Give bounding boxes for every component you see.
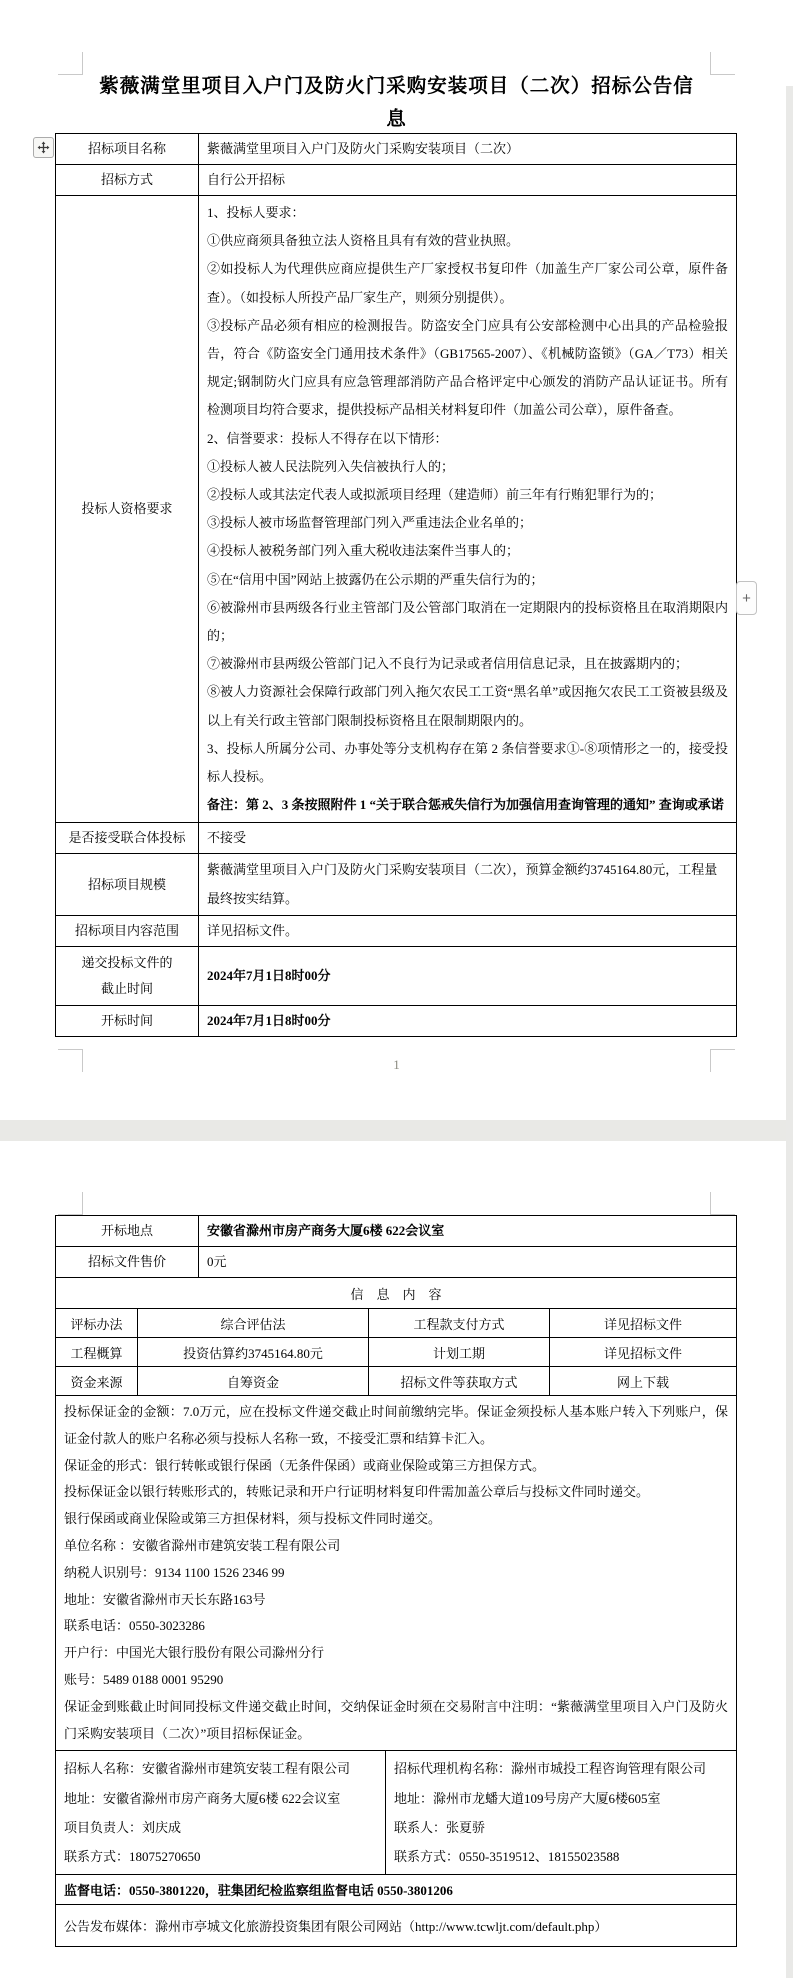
grid-cell: 招标文件等获取方式 [368,1367,549,1395]
vertical-scrollbar[interactable] [786,86,793,1978]
table-row-contacts: 招标人名称：安徽省滁州市建筑安装工程有限公司 地址：安徽省滁州市房产商务大厦6楼… [56,1750,736,1874]
row-value: 自行公开招标 [198,165,736,195]
deposit-paragraph: 保证金到账截止时间同投标文件递交截止时间，交纳保证金时须在交易附言中注明：“紫薇… [64,1694,728,1748]
grid-cell: 资金来源 [56,1367,137,1395]
bidder-contact-cell: 招标人名称：安徽省滁州市建筑安装工程有限公司 地址：安徽省滁州市房产商务大厦6楼… [56,1751,385,1874]
row-label: 投标人资格要求 [56,196,198,822]
crop-mark [58,1049,82,1050]
row-label: 开标地点 [56,1216,198,1246]
add-row-button[interactable]: + [736,581,757,615]
table-move-handle[interactable] [33,137,54,158]
qualification-paragraph: ①投标人被人民法院列入失信被执行人的； [207,453,728,481]
qualification-paragraph: ④投标人被税务部门列入重大税收违法案件当事人的； [207,537,728,565]
row-value: 紫薇满堂里项目入户门及防火门采购安装项目（二次），预算金额约3745164.80… [198,854,736,914]
grid-cell: 投资估算约3745164.80元 [137,1338,368,1366]
row-label: 招标文件售价 [56,1247,198,1277]
qualification-paragraph: ①供应商须具备独立法人资格且具有有效的营业执照。 [207,227,728,255]
row-value-qualification: 1、投标人要求： ①供应商须具备独立法人资格且具有有效的营业执照。 ②如投标人为… [198,196,736,822]
deposit-paragraph: 投标保证金以银行转账形式的，转账记录和开户行证明材料复印件需加盖公章后与投标文件… [64,1479,728,1506]
agency-phone: 联系方式：0550-3519512、18155023588 [394,1842,728,1871]
qualification-paragraph: 2、信誉要求：投标人不得存在以下情形： [207,425,728,453]
crop-mark [710,1192,711,1215]
deposit-paragraph: 开户行：中国光大银行股份有限公司滁州分行 [64,1640,728,1667]
grid-cell: 工程款支付方式 [368,1309,549,1337]
table-row-method: 招标方式 自行公开招标 [56,164,736,195]
deposit-paragraph: 银行保函或商业保险或第三方担保材料，须与投标文件同时递交。 [64,1506,728,1533]
row-value: 安徽省滁州市房产商务大厦6楼 622会议室 [198,1216,736,1246]
bidder-phone: 联系方式：18075270650 [64,1842,377,1871]
document-title: 紫薇满堂里项目入户门及防火门采购安装项目（二次）招标公告信 息 [60,70,733,136]
table-row-consortium: 是否接受联合体投标 不接受 [56,822,736,853]
grid-cell: 计划工期 [368,1338,549,1366]
agency-contact: 联系人：张夏骄 [394,1813,728,1842]
document-title-line1: 紫薇满堂里项目入户门及防火门采购安装项目（二次）招标公告信 [60,70,733,103]
table-row-funding: 资金来源 自筹资金 招标文件等获取方式 网上下载 [56,1366,736,1395]
table-row-qualification: 投标人资格要求 1、投标人要求： ①供应商须具备独立法人资格且具有有效的营业执照… [56,195,736,822]
row-label: 是否接受联合体投标 [56,823,198,853]
row-label: 招标项目规模 [56,854,198,914]
grid-cell: 自筹资金 [137,1367,368,1395]
table-row-deadline: 递交投标文件的 截止时间 2024年7月1日8时00分 [56,946,736,1005]
deposit-paragraph: 保证金的形式：银行转帐或银行保函（无条件保函）或商业保险或第三方担保方式。 [64,1453,728,1480]
row-label-line1: 递交投标文件的 [81,950,172,976]
qualification-paragraph: ⑥被滁州市县两级各行业主管部门及公管部门取消在一定期限内的投标资格且在取消期限内… [207,594,728,650]
crop-mark [82,1192,83,1215]
qualification-paragraph: ③投标产品必须有相应的检测报告。防盗安全门应具有公安部检测中心出具的产品检验报告… [207,312,728,425]
qualification-paragraph: ②投标人或其法定代表人或拟派项目经理（建造师）前三年有行贿犯罪行为的； [207,481,728,509]
row-label: 递交投标文件的 截止时间 [56,947,198,1005]
table-row-scale: 招标项目规模 紫薇满堂里项目入户门及防火门采购安装项目（二次），预算金额约374… [56,853,736,914]
qualification-paragraph: 1、投标人要求： [207,199,728,227]
deposit-paragraph: 投标保证金的金额：7.0万元，应在投标文件递交截止时间前缴纳完毕。保证金须投标人… [64,1399,728,1453]
row-label: 招标项目内容范围 [56,916,198,946]
row-value: 0元 [198,1247,736,1277]
bidder-manager: 项目负责人：刘庆成 [64,1813,377,1842]
grid-cell: 评标办法 [56,1309,137,1337]
grid-cell: 工程概算 [56,1338,137,1366]
crop-mark [711,1049,735,1050]
tender-info-table-page1: 招标项目名称 紫薇满堂里项目入户门及防火门采购安装项目（二次） 招标方式 自行公… [55,133,737,1037]
deposit-paragraph: 地址：安徽省滁州市天长东路163号 [64,1587,728,1614]
bidder-address: 地址：安徽省滁州市房产商务大厦6楼 622会议室 [64,1784,377,1813]
row-value: 2024年7月1日8时00分 [198,1006,736,1036]
row-value: 不接受 [198,823,736,853]
table-row-opening-place: 开标地点 安徽省滁州市房产商务大厦6楼 622会议室 [56,1216,736,1246]
table-row-media: 公告发布媒体：滁州市亭城文化旅游投资集团有限公司网站（http://www.tc… [56,1904,736,1946]
row-label-line2: 截止时间 [101,976,153,1002]
grid-cell: 网上下载 [549,1367,736,1395]
qualification-paragraph: ⑦被滁州市县两级公管部门记入不良行为记录或者信用信息记录，且在披露期内的； [207,650,728,678]
qualification-paragraph: ⑧被人力资源社会保障行政部门列入拖欠农民工工资“黑名单”或因拖欠农民工工资被县级… [207,678,728,734]
row-value: 紫薇满堂里项目入户门及防火门采购安装项目（二次） [198,134,736,164]
row-value: 2024年7月1日8时00分 [198,947,736,1005]
agency-contact-cell: 招标代理机构名称：滁州市城投工程咨询管理有限公司 地址：滁州市龙蟠大道109号房… [385,1751,736,1874]
table-row-deposit: 投标保证金的金额：7.0万元，应在投标文件递交截止时间前缴纳完毕。保证金须投标人… [56,1395,736,1750]
deposit-paragraph: 联系电话：0550-3023286 [64,1613,728,1640]
plus-icon: + [742,590,751,607]
bidder-name: 招标人名称：安徽省滁州市建筑安装工程有限公司 [64,1754,377,1783]
grid-cell: 详见招标文件 [549,1338,736,1366]
agency-name: 招标代理机构名称：滁州市城投工程咨询管理有限公司 [394,1754,728,1783]
table-row-doc-price: 招标文件售价 0元 [56,1246,736,1277]
tender-info-table-page2: 开标地点 安徽省滁州市房产商务大厦6楼 622会议室 招标文件售价 0元 信息内… [55,1215,737,1947]
document-viewer: 紫薇满堂里项目入户门及防火门采购安装项目（二次）招标公告信 息 + 招标项目名称… [0,0,793,1978]
qualification-paragraph: 3、投标人所属分公司、办事处等分支机构存在第 2 条信誉要求①-⑧项情形之一的，… [207,735,728,791]
deposit-paragraph: 账号：5489 0188 0001 95290 [64,1667,728,1694]
row-label: 招标方式 [56,165,198,195]
grid-cell: 综合评估法 [137,1309,368,1337]
qualification-paragraph: ⑤在“信用中国”网站上披露仍在公示期的严重失信行为的； [207,566,728,594]
qualification-paragraph: ②如投标人为代理供应商应提供生产厂家授权书复印件（加盖生产厂家公司公章，原件备查… [207,255,728,311]
row-label: 开标时间 [56,1006,198,1036]
page-number: 1 [0,1057,793,1073]
deposit-paragraph: 单位名称 ：安徽省滁州市建筑安装工程有限公司 [64,1533,728,1560]
qualification-note: 备注：第 2、3 条按照附件 1 “关于联合惩戒失信行为加强信用查询管理的通知”… [207,791,728,819]
deposit-info-cell: 投标保证金的金额：7.0万元，应在投标文件递交截止时间前缴纳完毕。保证金须投标人… [56,1396,736,1750]
table-row-budget: 工程概算 投资估算约3745164.80元 计划工期 详见招标文件 [56,1337,736,1366]
move-arrows-icon [37,141,50,154]
row-value: 详见招标文件。 [198,916,736,946]
agency-address: 地址：滁州市龙蟠大道109号房产大厦6楼605室 [394,1784,728,1813]
table-row-evaluation: 评标办法 综合评估法 工程款支付方式 详见招标文件 [56,1308,736,1337]
table-row-info-header: 信息内容 [56,1277,736,1308]
table-row-scope: 招标项目内容范围 详见招标文件。 [56,915,736,946]
document-title-line2: 息 [60,103,733,136]
supervision-phone: 监督电话：0550-3801220，驻集团纪检监察组监督电话 0550-3801… [56,1875,736,1904]
table-row-opening-time: 开标时间 2024年7月1日8时00分 [56,1005,736,1036]
page-gap [0,1120,793,1141]
table-row-supervision: 监督电话：0550-3801220，驻集团纪检监察组监督电话 0550-3801… [56,1874,736,1904]
info-content-header: 信息内容 [56,1278,736,1308]
announcement-media: 公告发布媒体：滁州市亭城文化旅游投资集团有限公司网站（http://www.tc… [56,1905,736,1946]
row-label: 招标项目名称 [56,134,198,164]
table-row-project-name: 招标项目名称 紫薇满堂里项目入户门及防火门采购安装项目（二次） [56,134,736,164]
qualification-paragraph: ③投标人被市场监督管理部门列入严重违法企业名单的； [207,509,728,537]
deposit-paragraph: 纳税人识别号：9134 1100 1526 2346 99 [64,1560,728,1587]
grid-cell: 详见招标文件 [549,1309,736,1337]
